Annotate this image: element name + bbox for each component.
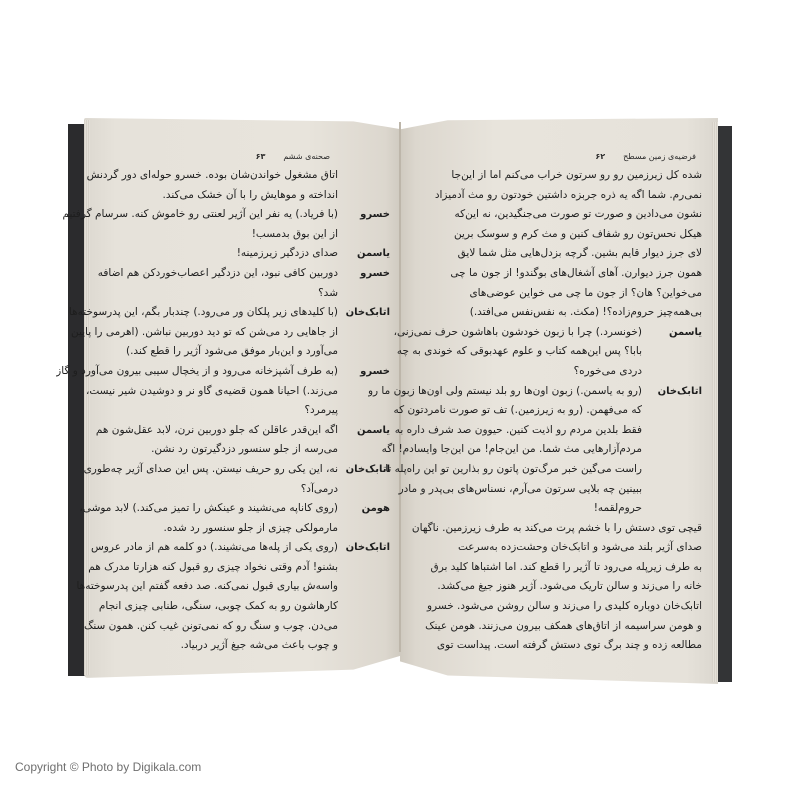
right-page-text: شده کل زیرزمین رو رو سرتون خراب می‌کنم ا…: [420, 166, 702, 656]
text-line: مارمولکی چیزی از جلو سنسور رد شده.: [79, 519, 338, 539]
text-line: که می‌فهمن. (رو به زیرزمین.) تف تو صورت …: [368, 401, 642, 421]
text-line: به طرف زیرپله می‌رود تا آژیر را قطع کند.…: [412, 558, 702, 578]
dialogue-block: اتابک‌خاننه، این یکی رو حریف نیستن. پس ا…: [150, 460, 390, 499]
text-line: و چوب باعث می‌شه جیغ آژیر دربیاد.: [76, 636, 338, 656]
text-line: ببینین چه بلایی سرتون می‌آرم، نسناس‌های …: [368, 480, 642, 500]
dialogue-block: خسرودوربین کافی نبود، این دزدگیر اعصاب‌خ…: [150, 264, 390, 303]
dialogue-block: اتابک‌خان(روی یکی از پله‌ها می‌نشیند.) د…: [150, 538, 390, 656]
text-line: بی‌همه‌چیز حروم‌زاده؟! (مکث. به نفس‌نفس …: [420, 303, 702, 323]
text-line: (به طرف آشپزخانه می‌رود و از یخچال سیبی …: [56, 362, 338, 382]
text-line: اتاق مشغول خواندن‌شان بوده. خسرو حوله‌ای…: [87, 166, 338, 186]
speech-text: قیچی توی دستش را با خشم پرت می‌کند به طر…: [412, 519, 702, 656]
speech-text: اگه این‌قدر عاقلن که جلو دوربین نرن، لاب…: [96, 421, 338, 460]
text-line: می‌آورد و این‌بار موفق می‌شود آژیر را قط…: [69, 342, 338, 362]
speaker-name: اتابک‌خان: [338, 303, 390, 362]
left-page-text: اتاق مشغول خواندن‌شان بوده. خسرو حوله‌ای…: [150, 166, 390, 656]
text-line: می‌رسه از جلو سنسور دزدگیرتون رد نشن.: [96, 440, 338, 460]
speech-text: دوربین کافی نبود، این دزدگیر اعصاب‌خوردک…: [98, 264, 338, 303]
text-line: صدای دزدگیر زیرزمینه!: [150, 244, 338, 264]
speech-text: (با فریاد.) یه نفر این آژیر لعنتی رو خام…: [62, 205, 338, 244]
dialogue-block: یاسمن(خونسرد.) چرا با زبون خودشون باهاشو…: [420, 323, 702, 382]
text-line: لای جرز دیوار قایم بشین. گرچه بزدل‌هایی …: [420, 244, 702, 264]
speech-text: (روی کاناپه می‌نشیند و عینکش را تمیز می‌…: [79, 499, 338, 538]
text-line: می‌زند.) احیانا همون قضیه‌ی گاو نر و دوش…: [56, 382, 338, 402]
text-line: انداخته و موهایش را با آن خشک می‌کند.: [87, 186, 338, 206]
text-line: صدای آژیر بلند می‌شود و اتابک‌خان وحشت‌ز…: [412, 538, 702, 558]
text-line: از جاهایی رد می‌شن که تو دید دوربین نباش…: [69, 323, 338, 343]
dialogue-block: اتابک‌خان(رو به یاسمن.) زبون اون‌ها رو ب…: [420, 382, 702, 519]
text-line: درمی‌آد؟: [84, 480, 338, 500]
text-line: (رو به یاسمن.) زبون اون‌ها رو بلد نیستم …: [368, 382, 642, 402]
text-line: خانه را می‌زند و سالن تاریک می‌شود. آژیر…: [412, 577, 702, 597]
text-line: می‌دن. چوب و سنگ رو که نمی‌تونن غیب کنن.…: [76, 617, 338, 637]
text-line: واسه‌ش بیاری قبول نمی‌کنه. صد دفعه گفتم …: [76, 577, 338, 597]
text-line: دوربین کافی نبود، این دزدگیر اعصاب‌خوردک…: [98, 264, 338, 284]
right-page-edges: [712, 122, 718, 682]
text-line: اگه این‌قدر عاقلن که جلو دوربین نرن، لاب…: [96, 421, 338, 441]
dialogue-block: قیچی توی دستش را با خشم پرت می‌کند به طر…: [420, 519, 702, 656]
text-line: شد؟: [98, 284, 338, 304]
speaker-name: اتابک‌خان: [642, 382, 702, 519]
text-line: فقط بلدین مردم رو اذیت کنین. حیوون صد شر…: [368, 421, 642, 441]
right-page-number: ۶۲: [595, 152, 605, 161]
dialogue-block: خسرو(با فریاد.) یه نفر این آژیر لعنتی رو…: [150, 205, 390, 244]
text-line: راست می‌گین خبر مرگ‌تون پاتون رو بذارین …: [368, 460, 642, 480]
text-line: (خونسرد.) چرا با زبون خودشون باهاشون حرف…: [394, 323, 642, 343]
speaker-name: خسرو: [338, 264, 390, 303]
dialogue-block: یاسمنصدای دزدگیر زیرزمینه!: [150, 244, 390, 264]
speaker-name: اتابک‌خان: [338, 538, 390, 656]
text-line: هیکل نحس‌تون رو شفاف کنین و مث کرم و سوس…: [420, 225, 702, 245]
text-line: (روی یکی از پله‌ها می‌نشیند.) دو کلمه هم…: [76, 538, 338, 558]
dialogue-block: خسرو(به طرف آشپزخانه می‌رود و از یخچال س…: [150, 362, 390, 421]
speaker-name: یاسمن: [642, 323, 702, 382]
text-line: از این بوق بدمسب!: [62, 225, 338, 245]
text-line: می‌خواین؟ هان؟ از جون ما چی می خواین عوض…: [420, 284, 702, 304]
text-line: نشون می‌دادین و صورت تو صورت می‌جنگیدین،…: [420, 205, 702, 225]
dialogue-block: شده کل زیرزمین رو رو سرتون خراب می‌کنم ا…: [420, 166, 702, 323]
speech-text: (به طرف آشپزخانه می‌رود و از یخچال سیبی …: [56, 362, 338, 421]
left-page-header: صحنه‌ی ششم ۶۳: [256, 152, 330, 161]
right-running-header: فرضیه‌ی زمین مسطح: [623, 152, 696, 161]
speech-text: (خونسرد.) چرا با زبون خودشون باهاشون حرف…: [394, 323, 642, 382]
text-line: اتابک‌خان دوباره کلیدی را می‌زند و سالن …: [412, 597, 702, 617]
speech-text: (رو به یاسمن.) زبون اون‌ها رو بلد نیستم …: [368, 382, 642, 519]
text-line: و هومن سراسیمه از اتاق‌های همکف بیرون می…: [412, 617, 702, 637]
speech-text: اتاق مشغول خواندن‌شان بوده. خسرو حوله‌ای…: [87, 166, 338, 205]
text-line: شده کل زیرزمین رو رو سرتون خراب می‌کنم ا…: [420, 166, 702, 186]
left-running-header: صحنه‌ی ششم: [283, 152, 330, 161]
text-line: پیرمرد؟: [56, 401, 338, 421]
text-line: (روی کاناپه می‌نشیند و عینکش را تمیز می‌…: [79, 499, 338, 519]
text-line: همون جرز دیوارن. آهای آشغال‌های بوگندو! …: [420, 264, 702, 284]
copyright-notice: Copyright © Photo by Digikala.com: [15, 760, 201, 774]
dialogue-block: یاسمناگه این‌قدر عاقلن که جلو دوربین نرن…: [150, 421, 390, 460]
book-cover-right: [716, 126, 732, 682]
speech-text: صدای دزدگیر زیرزمینه!: [150, 244, 338, 264]
text-line: (با کلیدهای زیر پلکان ور می‌رود.) چندبار…: [69, 303, 338, 323]
speaker-name: یاسمن: [338, 244, 390, 264]
dialogue-block: هومن(روی کاناپه می‌نشیند و عینکش را تمیز…: [150, 499, 390, 538]
text-line: کارهاشون رو به کمک چوبی، سنگی، طنابی چیز…: [76, 597, 338, 617]
text-line: مطالعه زده و چند برگ توی دستش گرفته است.…: [412, 636, 702, 656]
text-line: حروم‌لقمه!: [368, 499, 642, 519]
speech-text: (با کلیدهای زیر پلکان ور می‌رود.) چندبار…: [69, 303, 338, 362]
left-page-number: ۶۳: [256, 152, 266, 161]
dialogue-block: اتاق مشغول خواندن‌شان بوده. خسرو حوله‌ای…: [150, 166, 390, 205]
text-line: بابا؟ پس این‌همه کتاب و علوم عهدبوقی که …: [394, 342, 642, 362]
speaker-name: خسرو: [338, 205, 390, 244]
text-line: نمی‌رم. شما اگه یه ذره جربزه داشتین خودت…: [420, 186, 702, 206]
text-line: نه، این یکی رو حریف نیستن. پس این صدای آ…: [84, 460, 338, 480]
text-line: بشنو! آدم وقتی نخواد چیزی رو قبول کنه هز…: [76, 558, 338, 578]
dialogue-block: اتابک‌خان(با کلیدهای زیر پلکان ور می‌رود…: [150, 303, 390, 362]
speech-text: نه، این یکی رو حریف نیستن. پس این صدای آ…: [84, 460, 338, 499]
right-page-header: فرضیه‌ی زمین مسطح ۶۲: [595, 152, 696, 161]
speech-text: (روی یکی از پله‌ها می‌نشیند.) دو کلمه هم…: [76, 538, 338, 656]
text-line: مردم‌آزارهایی مث شما. من این‌جام! من این…: [368, 440, 642, 460]
text-line: (با فریاد.) یه نفر این آژیر لعنتی رو خام…: [62, 205, 338, 225]
speech-text: شده کل زیرزمین رو رو سرتون خراب می‌کنم ا…: [420, 166, 702, 323]
text-line: دردی می‌خوره؟: [394, 362, 642, 382]
text-line: قیچی توی دستش را با خشم پرت می‌کند به طر…: [412, 519, 702, 539]
